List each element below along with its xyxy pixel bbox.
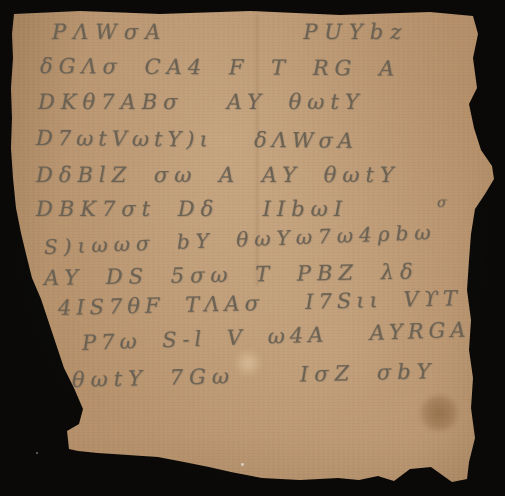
paper-light-spot (234, 350, 262, 376)
photo-background: PΛWσA PUYbz δGΛσ CA4 F T RG A DKθ7ABσ AY… (0, 0, 505, 496)
manuscript-line: DKθ7ABσ AY θωtY (38, 92, 365, 113)
manuscript-line: PΛWσA PUYbz (52, 22, 408, 43)
manuscript-line: δGΛσ CA4 F T RG A (40, 56, 400, 80)
manuscript-line: DBK7σt Dδ IIbωI (36, 199, 348, 220)
dust-speck (36, 452, 38, 454)
manuscript-line: P7ω S-l V ω4A AYRGA (82, 319, 471, 354)
dust-speck (241, 463, 244, 466)
paper-stain (419, 395, 459, 431)
manuscript-line: DδBlZ σω A AY θωtY (36, 165, 400, 186)
manuscript-line: AY DS 5σω T PBZ λδ (44, 261, 419, 289)
manuscript-line: D7ωtVωtY)ι δΛWσA (36, 128, 358, 152)
manuscript-line: 4IS7θF TΛAσ I7Sιι VϒT (58, 288, 462, 319)
torn-paper-fragment: PΛWσA PUYbz δGΛσ CA4 F T RG A DKθ7ABσ AY… (0, 0, 505, 496)
manuscript-line: S)ιωωσ bY θωYω7ω4ρbω (44, 222, 437, 257)
stray-glyph: σ (437, 196, 449, 210)
